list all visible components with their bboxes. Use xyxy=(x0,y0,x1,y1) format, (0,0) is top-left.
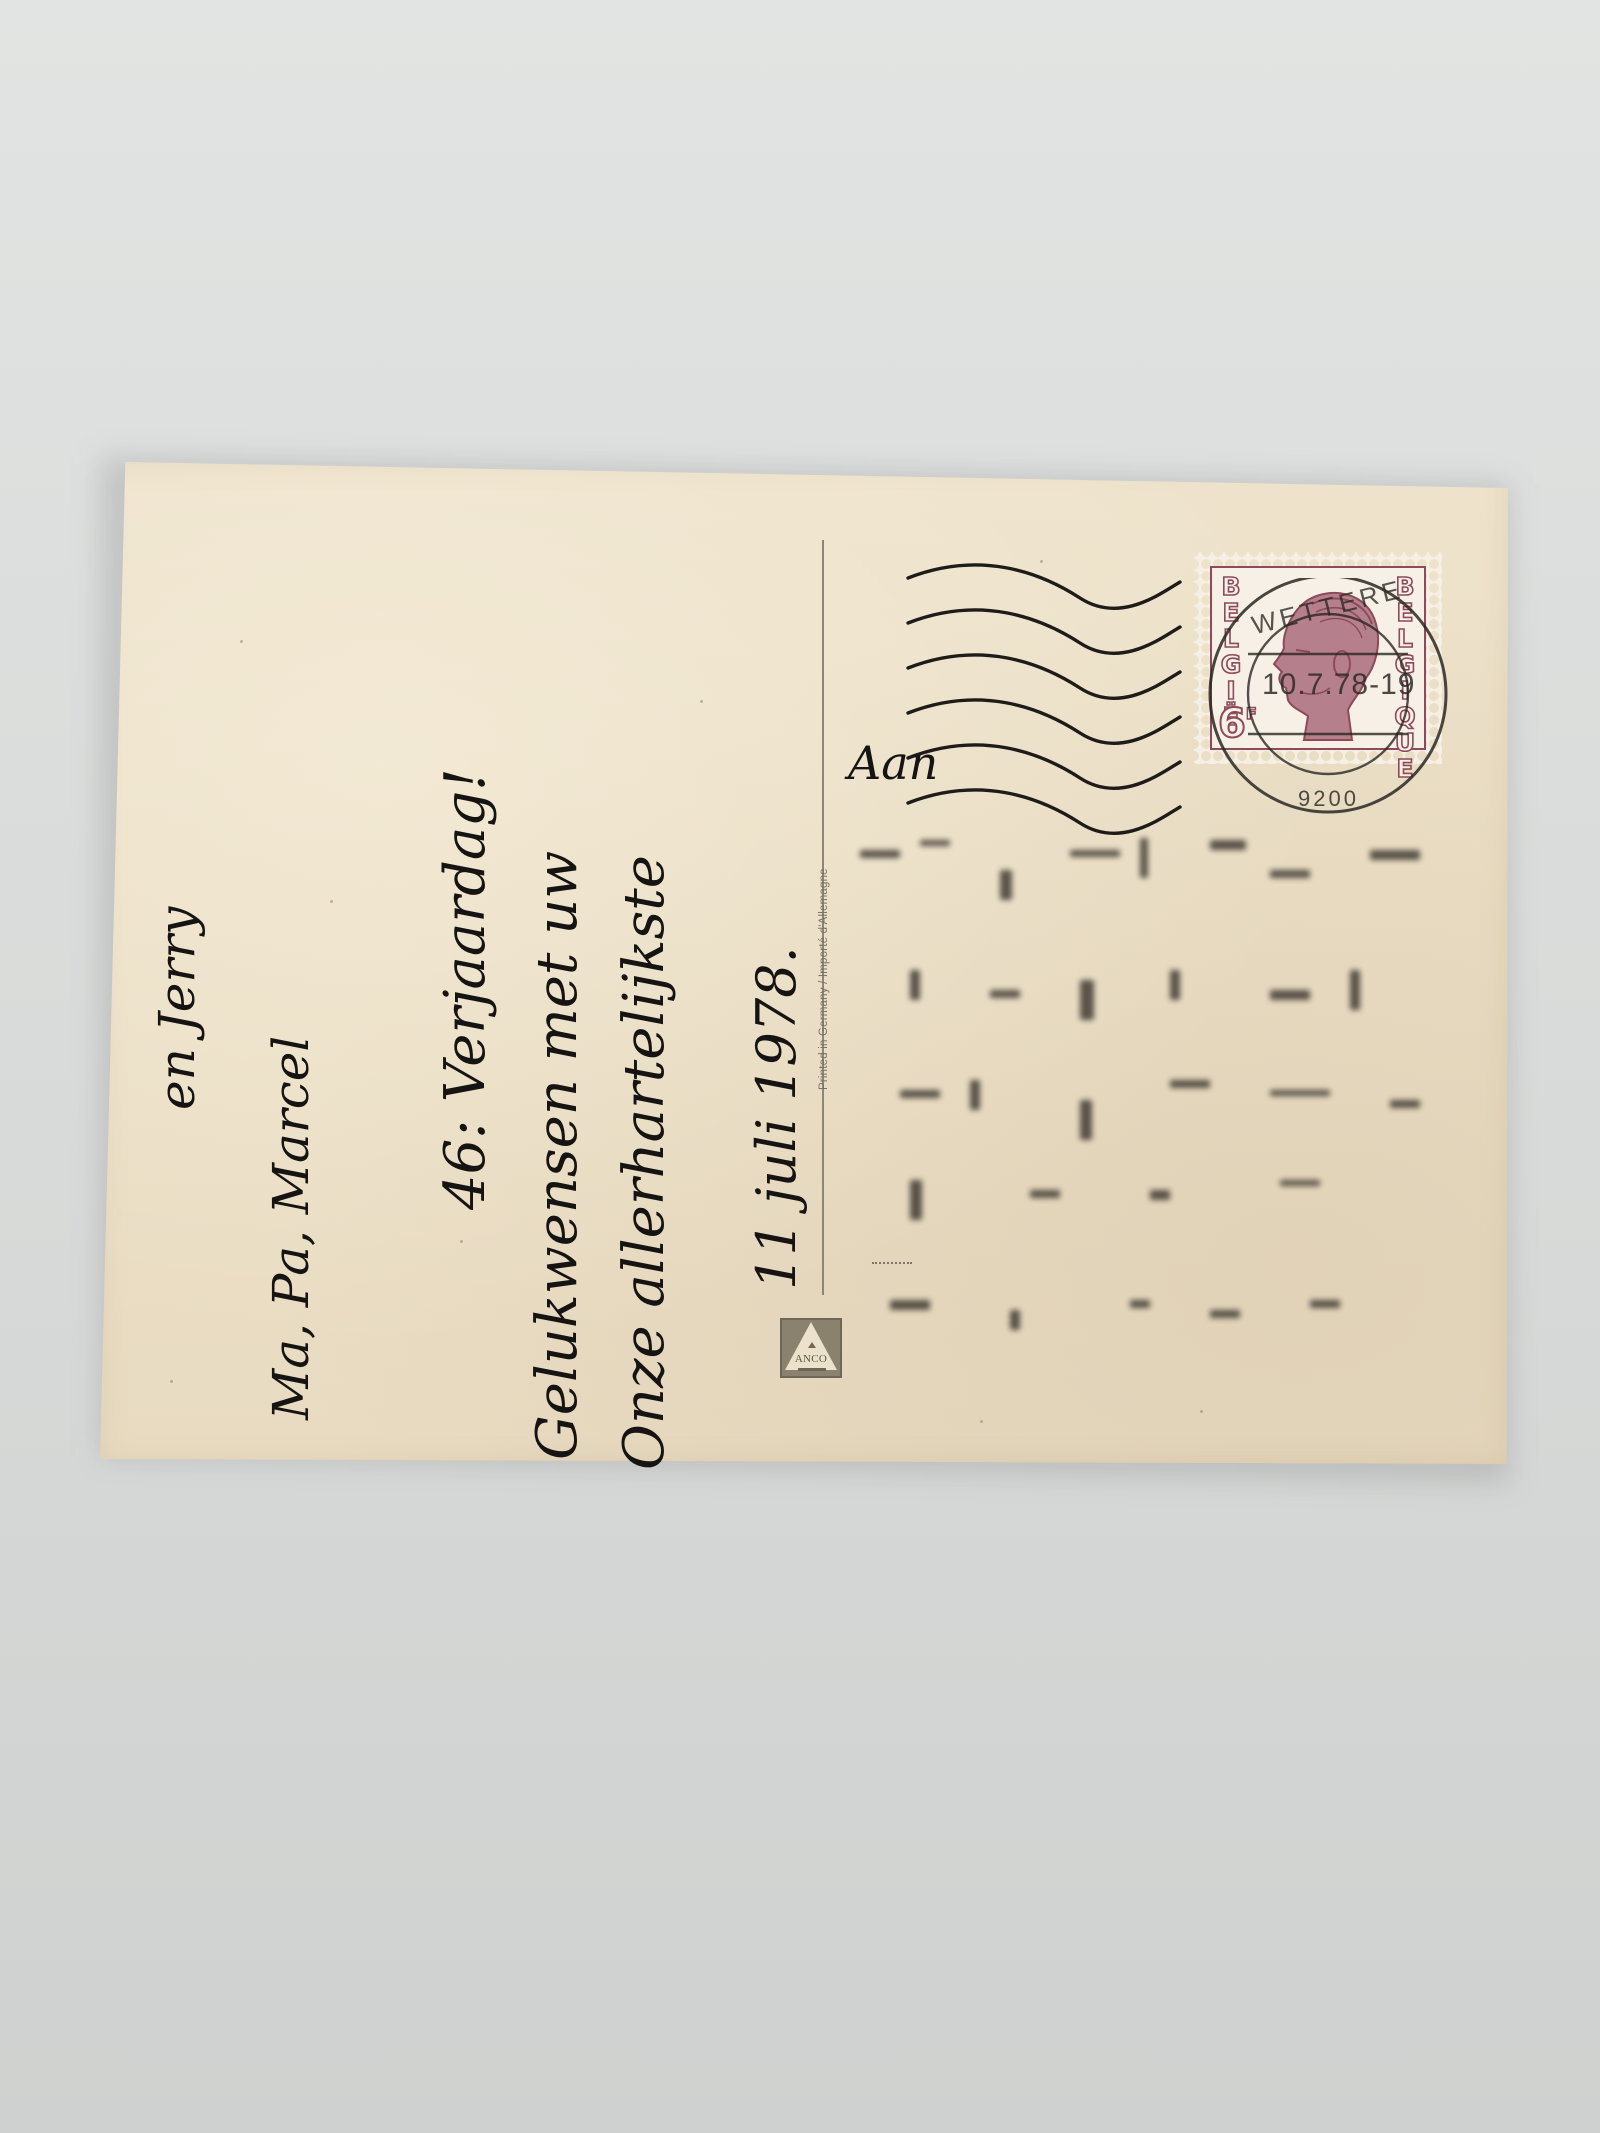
obscured-address-mark xyxy=(890,1300,930,1310)
obscured-address-mark xyxy=(1350,970,1360,1010)
obscured-address-mark xyxy=(1270,870,1310,878)
obscured-address-mark xyxy=(860,850,900,858)
obscured-address-mark xyxy=(920,840,950,846)
message-line-2: Gelukwensen met uw xyxy=(525,851,590,1460)
paper-speck xyxy=(700,700,703,703)
obscured-address-mark xyxy=(1010,1310,1020,1330)
paper-speck xyxy=(460,1240,463,1243)
obscured-address-mark xyxy=(1170,970,1180,1000)
obscured-address-mark xyxy=(1030,1190,1060,1198)
message-line-1: Onze allerhartelijkste xyxy=(612,855,677,1470)
signoff-line-2: en Jerry xyxy=(148,907,206,1110)
obscured-address-mark xyxy=(1080,980,1094,1020)
obscured-address-mark xyxy=(1370,850,1420,860)
obscured-address-mark xyxy=(1000,870,1012,900)
obscured-address-mark xyxy=(1270,1090,1330,1096)
postmark-code: 9200 xyxy=(1298,786,1359,812)
obscured-address-mark xyxy=(1140,838,1148,878)
printed-in-germany-note: Printed in Germany / Importé d'Allemagne xyxy=(818,868,830,1090)
obscured-address-mark xyxy=(970,1080,980,1110)
obscured-address-mark xyxy=(1310,1300,1340,1308)
address-salutation: Aan xyxy=(848,736,938,790)
obscured-address-mark xyxy=(1070,850,1120,857)
paper-speck xyxy=(240,640,243,643)
obscured-address-mark xyxy=(1080,1100,1092,1140)
logo-text: ANCO xyxy=(782,1353,840,1365)
obscured-address-mark xyxy=(1150,1190,1170,1200)
paper-speck xyxy=(170,1380,173,1383)
logo-underline xyxy=(798,1368,826,1371)
postmark-date: 10.7.78-19 xyxy=(1262,668,1415,702)
message-date: 11 juli 1978. xyxy=(745,946,808,1290)
obscured-address-mark xyxy=(990,990,1020,998)
obscured-address-mark xyxy=(1390,1100,1420,1108)
obscured-address-mark xyxy=(1270,990,1310,1000)
logo-small-triangle-icon xyxy=(808,1342,816,1348)
obscured-address-mark xyxy=(910,970,920,1000)
obscured-address-mark xyxy=(1210,1310,1240,1318)
obscured-address xyxy=(850,830,1490,1370)
signoff-line-1: Ma, Pa, Marcel xyxy=(262,1036,320,1420)
paper-speck xyxy=(330,900,333,903)
obscured-address-mark xyxy=(1170,1080,1210,1088)
obscured-address-mark xyxy=(1210,840,1246,850)
paper-speck xyxy=(980,1420,983,1423)
obscured-address-mark xyxy=(1280,1180,1320,1186)
obscured-address-mark xyxy=(900,1090,940,1098)
message-line-3: 46: Verjaardag! xyxy=(433,768,498,1210)
paper-speck xyxy=(1200,1410,1203,1413)
obscured-address-mark xyxy=(910,1180,922,1220)
obscured-address-mark xyxy=(1130,1300,1150,1308)
publisher-logo: ANCO xyxy=(780,1318,842,1378)
wavy-cancellation-icon xyxy=(890,548,1190,838)
